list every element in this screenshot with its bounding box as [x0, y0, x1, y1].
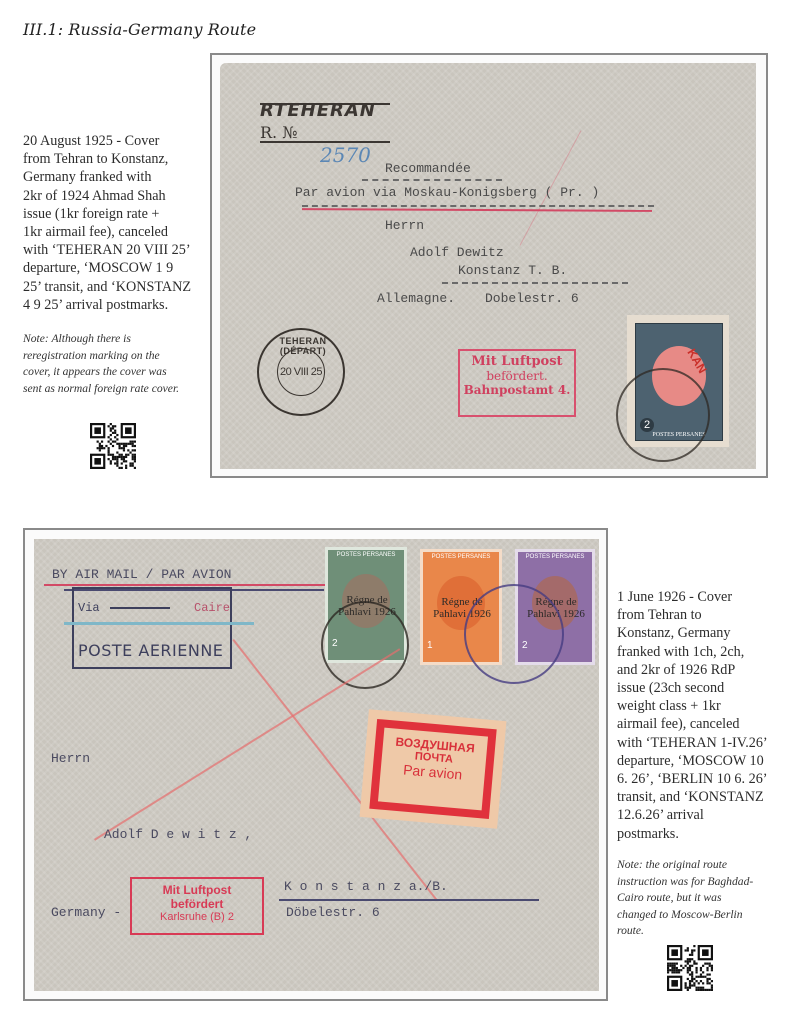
note-line: route.: [617, 923, 789, 940]
red-underline: [302, 208, 652, 212]
desc-line: 1kr airmail fee), canceled: [23, 223, 208, 241]
note-line: sent as normal foreign rate cover.: [23, 381, 208, 398]
poste-aerienne-box: Via Caire POSTE AERIENNE: [72, 587, 232, 669]
desc-line: with ‘TEHERAN 20 VIII 25’: [23, 241, 208, 259]
luftpost-cachet: Mit Luftpost befördert. Bahnpostamt 4.: [458, 349, 576, 417]
cachet-line: Mit Luftpost: [132, 883, 262, 897]
teheran-cancel-left: [321, 601, 409, 689]
stamp-label: POSTES PERSANES: [423, 554, 499, 560]
registration-number-label: R. №: [260, 123, 297, 142]
cover1-frame: RTEHERAN R. № 2570 Recommandée Par avion…: [210, 53, 768, 478]
desc-line: 12.6.26’ arrival: [617, 806, 789, 824]
page-title: III.1: Russia-Germany Route: [23, 20, 256, 39]
route-line: Par avion via Moskau-Konigsberg ( Pr. ): [295, 185, 599, 200]
desc-line: and 2kr of 1926 RdP: [617, 661, 789, 679]
registration-topline: [260, 103, 390, 105]
note-line: reregistration marking on the: [23, 348, 208, 365]
desc-line: 20 August 1925 - Cover: [23, 132, 208, 150]
city: Konstanz T. B.: [458, 263, 567, 278]
cachet-line: befördert: [132, 897, 262, 911]
street: Dobelestr. 6: [485, 291, 579, 306]
qr-code-icon[interactable]: [90, 423, 136, 469]
desc-line: Germany franked with: [23, 168, 208, 186]
red-airmail-underline: [44, 584, 334, 586]
red-crayon-line: [94, 648, 400, 840]
note-line: changed to Moscow-Berlin: [617, 907, 789, 924]
cover2-frame: BY AIR MAIL / PAR AVION Via Caire POSTE …: [23, 528, 608, 1001]
cover2-envelope: BY AIR MAIL / PAR AVION Via Caire POSTE …: [34, 539, 599, 991]
stamp-label: POSTES PERSANES: [328, 552, 404, 558]
addressee: Adolf Dewitz: [410, 245, 504, 260]
desc-line: 1 June 1926 - Cover: [617, 588, 789, 606]
note-line: Note: the original route: [617, 857, 789, 874]
cover1-envelope: RTEHERAN R. № 2570 Recommandée Par avion…: [220, 63, 756, 469]
section2-note: Note: the original route instruction was…: [617, 857, 789, 940]
struck-route-text: [110, 603, 170, 613]
cairo-text: Caire: [194, 601, 230, 615]
poste-aerienne-text: POSTE AERIENNE: [78, 641, 223, 660]
postmark-ring-text: TEHERAN (DÉPART): [261, 336, 345, 356]
cachet-line: Mit Luftpost: [460, 354, 574, 369]
etiquette-border: ВОЗДУШНАЯ ПОЧТА Par avion: [369, 719, 496, 819]
qr-code-icon[interactable]: [667, 945, 713, 991]
departure-postmark: TEHERAN (DÉPART) 20 VIII 25: [257, 328, 345, 416]
note-line: Note: Although there is: [23, 331, 208, 348]
desc-line: issue (1kr foreign rate +: [23, 205, 208, 223]
desc-line: departure, ‘MOSCOW 1 9: [23, 259, 208, 277]
note-line: cover, it appears the cover was: [23, 364, 208, 381]
addressee: Adolf D e w i t z ,: [104, 827, 252, 842]
city: K o n s t a n z a./B.: [284, 879, 448, 894]
desc-line: from Tehran to Konstanz,: [23, 150, 208, 168]
route-dashed-underline: [302, 205, 654, 207]
cachet-line: Bahnpostamt 4.: [460, 383, 574, 397]
desc-line: 4 9 25’ arrival postmarks.: [23, 296, 208, 314]
section1-description: 20 August 1925 - Cover from Tehran to Ko…: [23, 132, 208, 314]
country: Allemagne.: [377, 291, 455, 306]
herrn-line: Herrn: [51, 751, 90, 766]
desc-line: franked with 1ch, 2ch,: [617, 643, 789, 661]
desc-line: issue (23ch second: [617, 679, 789, 697]
desc-line: 6. 26’, ‘BERLIN 10 6. 26’: [617, 770, 789, 788]
postmark-date: 20 VIII 25: [259, 366, 343, 378]
desc-line: from Tehran to: [617, 606, 789, 624]
street: Döbelestr. 6: [286, 905, 380, 920]
desc-line: 2kr of 1924 Ahmad Shah: [23, 187, 208, 205]
airmail-line: BY AIR MAIL / PAR AVION: [52, 567, 231, 582]
desc-line: departure, ‘MOSCOW 10: [617, 752, 789, 770]
herrn-line: Herrn: [385, 218, 424, 233]
stamp-value: 1: [427, 640, 433, 651]
airmail-etiquette: ВОЗДУШНАЯ ПОЧТА Par avion: [360, 709, 507, 829]
recommandee-line: Recommandée: [385, 161, 471, 176]
registration-number: 2570: [320, 143, 371, 167]
desc-line: Konstanz, Germany: [617, 624, 789, 642]
cachet-line: Karlsruhe (B) 2: [132, 911, 262, 923]
city-dashed-underline: [442, 282, 628, 284]
desc-line: weight class + 1kr: [617, 697, 789, 715]
teheran-cancel-right: [464, 584, 564, 684]
desc-line: 25’ transit, and ‘KONSTANZ: [23, 278, 208, 296]
desc-line: airmail fee), canceled: [617, 715, 789, 733]
karlsruhe-cachet: Mit Luftpost befördert Karlsruhe (B) 2: [130, 877, 264, 935]
desc-line: postmarks.: [617, 825, 789, 843]
country: Germany -: [51, 905, 121, 920]
arrival-cancel-ring: [616, 368, 710, 462]
desc-line: transit, and ‘KONSTANZ: [617, 788, 789, 806]
city-underline: [279, 899, 539, 901]
section2-description: 1 June 1926 - Cover from Tehran to Konst…: [617, 588, 789, 843]
blue-crayon-line: [64, 622, 254, 625]
desc-line: with ‘TEHERAN 1-IV.26’: [617, 734, 789, 752]
note-line: instruction was for Baghdad-: [617, 874, 789, 891]
cachet-line: befördert.: [460, 369, 574, 383]
section1-note: Note: Although there is reregistration m…: [23, 331, 208, 397]
dashed-underline: [362, 179, 502, 181]
stamp-label: POSTES PERSANES: [518, 554, 592, 560]
via-text: Via: [78, 601, 100, 615]
note-line: Cairo route, but it was: [617, 890, 789, 907]
